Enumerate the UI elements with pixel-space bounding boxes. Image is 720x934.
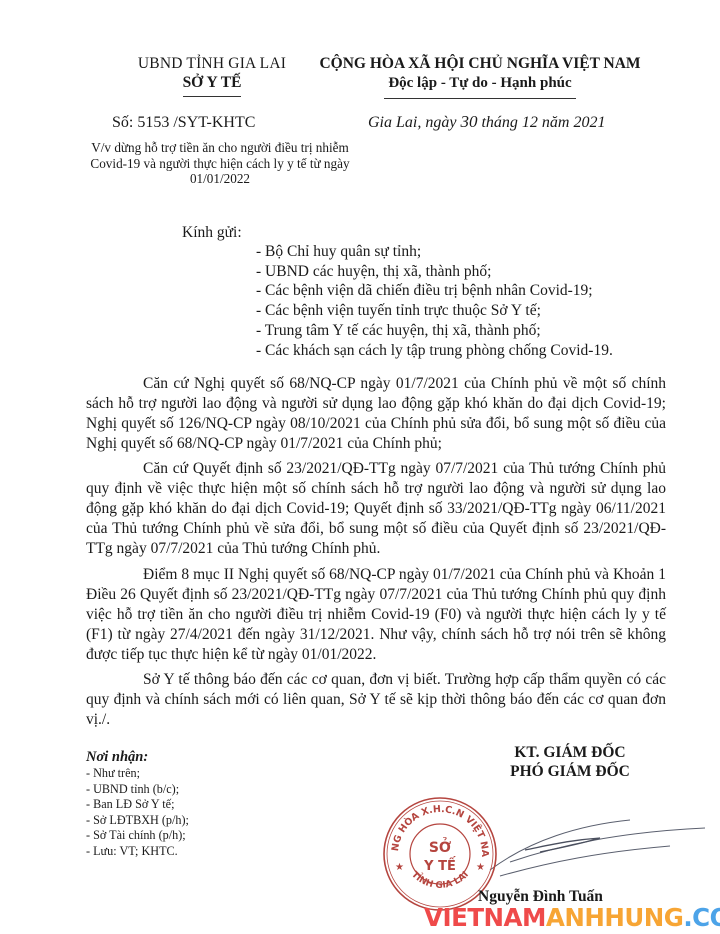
national-heading: CỘNG HÒA XÃ HỘI CHỦ NGHĨA VIỆT NAM Độc l… [310, 54, 650, 99]
issuing-authority: UBND TỈNH GIA LAI SỞ Y TẾ [92, 54, 332, 97]
motto-underline [384, 98, 576, 99]
recipient-item: - Trung tâm Y tế các huyện, thị xã, thàn… [256, 321, 613, 341]
department-name: SỞ Y TẾ [92, 73, 332, 93]
body-paragraph: Sở Y tế thông báo đến các cơ quan, đơn v… [86, 670, 666, 730]
agency-name: UBND TỈNH GIA LAI [92, 54, 332, 73]
nation-name: CỘNG HÒA XÃ HỘI CHỦ NGHĨA VIỆT NAM [310, 54, 650, 73]
cc-list: - Như trên; - UBND tỉnh (b/c); - Ban LĐ … [86, 766, 189, 859]
watermark-part-2: ANHHUNG [546, 903, 683, 932]
site-watermark: VIETNAMANHHUNG.COM [424, 904, 720, 932]
document-subject: V/v dừng hỗ trợ tiền ăn cho người điều t… [80, 140, 360, 187]
cc-item: - UBND tỉnh (b/c); [86, 782, 189, 798]
date-day: 30 [460, 112, 477, 131]
date-prefix: Gia Lai, ngày [368, 114, 456, 131]
handwritten-signature-icon [470, 800, 710, 880]
body-paragraph: Điểm 8 mục II Nghị quyết số 68/NQ-CP ngà… [86, 565, 666, 665]
recipient-item: - Bộ Chỉ huy quân sự tỉnh; [256, 242, 613, 262]
cc-item: - Sở LĐTBXH (p/h); [86, 813, 189, 829]
cc-item: - Ban LĐ Sở Y tế; [86, 797, 189, 813]
recipient-item: - Các bệnh viện tuyến tỉnh trực thuộc Sở… [256, 301, 613, 321]
department-underline [183, 96, 241, 97]
national-motto: Độc lập - Tự do - Hạnh phúc [310, 73, 650, 93]
svg-text:Y TẾ: Y TẾ [423, 857, 456, 874]
recipient-item: - Các bệnh viện dã chiến điều trị bệnh n… [256, 281, 613, 301]
recipient-list: - Bộ Chỉ huy quân sự tỉnh; - UBND các hu… [256, 242, 613, 360]
recipient-item: - Các khách sạn cách ly tập trung phòng … [256, 341, 613, 361]
date-line: Gia Lai, ngày 30 tháng 12 năm 2021 [368, 112, 605, 132]
greeting: Kính gửi: [182, 224, 242, 242]
cc-item: - Lưu: VT; KHTC. [86, 844, 189, 860]
document-number: Số: 5153 /SYT-KHTC [112, 114, 255, 132]
svg-text:SỞ: SỞ [429, 837, 451, 856]
signature-line-2: PHÓ GIÁM ĐỐC [470, 763, 670, 782]
watermark-part-1: VIETNAM [424, 903, 546, 932]
recipient-item: - UBND các huyện, thị xã, thành phố; [256, 262, 613, 282]
watermark-part-3: .COM [683, 903, 720, 932]
svg-text:★: ★ [476, 862, 485, 873]
date-month-year: tháng 12 năm 2021 [481, 114, 605, 131]
svg-text:★: ★ [395, 862, 404, 873]
cc-item: - Sở Tài chính (p/h); [86, 828, 189, 844]
body-paragraph: Căn cứ Quyết định số 23/2021/QĐ-TTg ngày… [86, 459, 666, 559]
cc-item: - Như trên; [86, 766, 189, 782]
signature-line-1: KT. GIÁM ĐỐC [470, 744, 670, 763]
body-paragraph: Căn cứ Nghị quyết số 68/NQ-CP ngày 01/7/… [86, 374, 666, 454]
cc-title: Nơi nhận: [86, 748, 189, 766]
signature-title: KT. GIÁM ĐỐC PHÓ GIÁM ĐỐC [470, 744, 670, 781]
cc-block: Nơi nhận: - Như trên; - UBND tỉnh (b/c);… [86, 748, 189, 859]
